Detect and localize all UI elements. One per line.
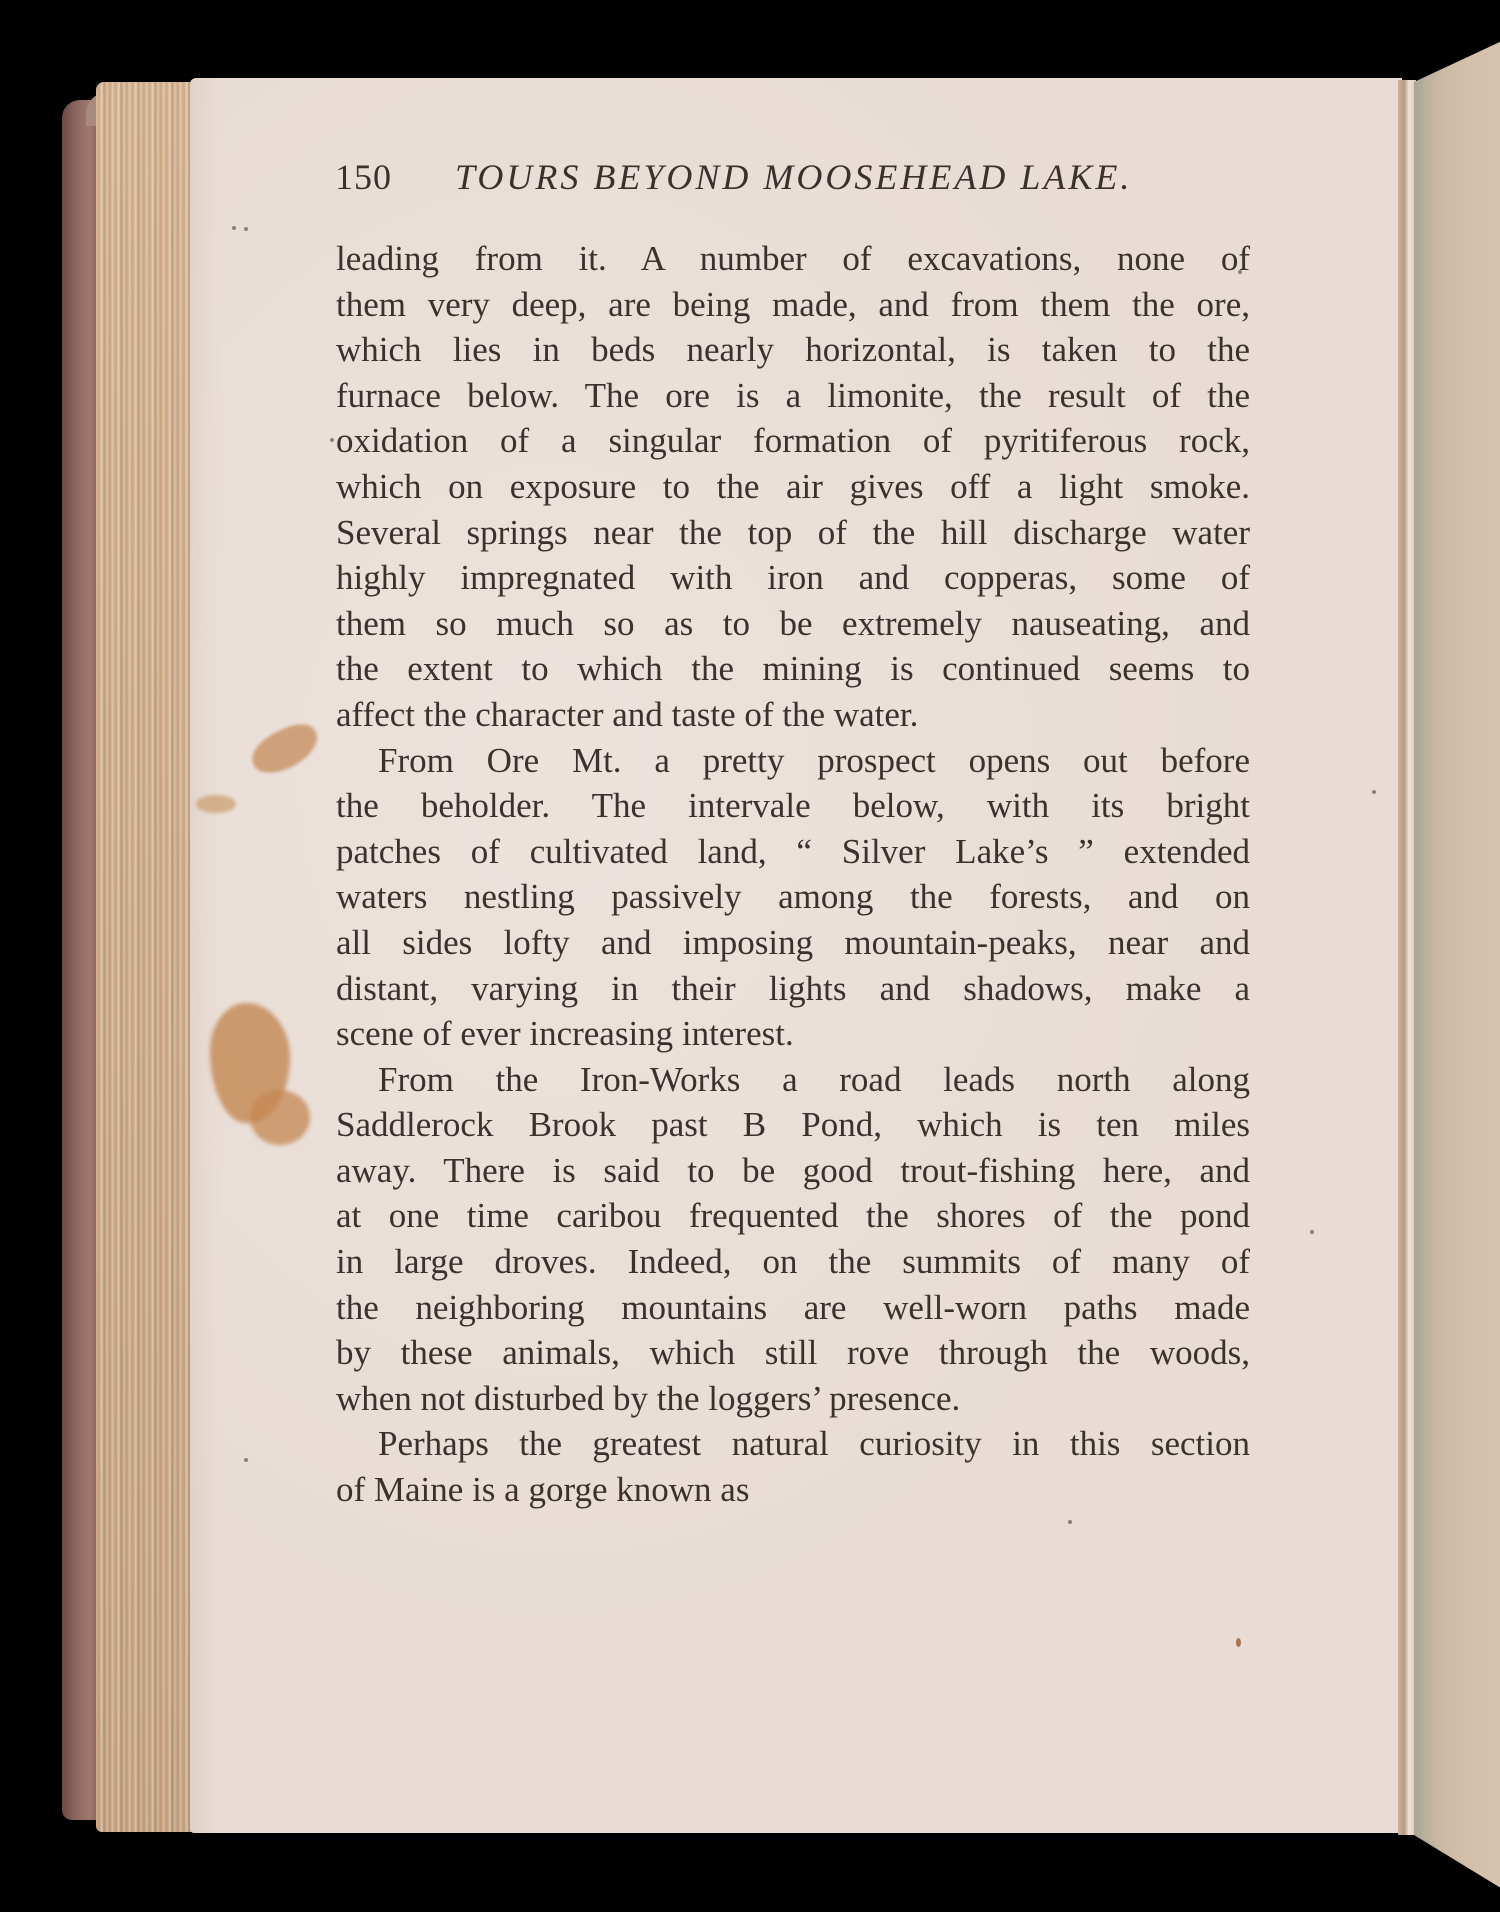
paragraph: From Ore Mt. a pretty prospect opens out… <box>336 738 1250 1057</box>
text-line: From the Iron-Works a road leads north a… <box>336 1057 1250 1103</box>
text-line: Perhaps the greatest natural curiosity i… <box>336 1421 1250 1467</box>
text-line: affect the character and taste of the wa… <box>336 692 1250 738</box>
speck <box>1372 790 1376 794</box>
text-line: away. There is said to be good trout-fis… <box>336 1148 1250 1194</box>
paragraph: leading from it. A number of excavations… <box>336 236 1250 738</box>
text-line: patches of cultivated land, “ Silver Lak… <box>336 829 1250 875</box>
text-line: distant, varying in their lights and sha… <box>336 966 1250 1012</box>
speck <box>244 1458 248 1462</box>
speck <box>244 227 248 231</box>
page-number: 150 <box>335 156 392 198</box>
text-line: all sides lofty and imposing mountain-pe… <box>336 920 1250 966</box>
book-gutter <box>1398 80 1416 1835</box>
text-line: of Maine is a gorge known as <box>336 1467 1250 1513</box>
text-line: Several springs near the top of the hill… <box>336 510 1250 556</box>
text-line: them very deep, are being made, and from… <box>336 282 1250 328</box>
text-line: scene of ever increasing interest. <box>336 1011 1250 1057</box>
text-line: highly impregnated with iron and coppera… <box>336 555 1250 601</box>
page-block-edge <box>96 82 196 1832</box>
speck <box>330 438 334 442</box>
text-line: which lies in beds nearly horizontal, is… <box>336 327 1250 373</box>
foxing-stain <box>196 795 236 813</box>
text-line: leading from it. A number of excavations… <box>336 236 1250 282</box>
text-line: waters nestling passively among the fore… <box>336 874 1250 920</box>
text-line: which on exposure to the air gives off a… <box>336 464 1250 510</box>
speck <box>1310 1230 1314 1234</box>
text-line: at one time caribou frequented the shore… <box>336 1193 1250 1239</box>
paragraph: Perhaps the greatest natural curiosity i… <box>336 1421 1250 1512</box>
facing-page-edge <box>1414 40 1500 1890</box>
speck <box>232 226 236 230</box>
text-line: the beholder. The intervale below, with … <box>336 783 1250 829</box>
text-line: the neighboring mountains are well-worn … <box>336 1285 1250 1331</box>
text-line: Saddlerock Brook past B Pond, which is t… <box>336 1102 1250 1148</box>
speck <box>1236 1638 1241 1647</box>
text-line: them so much so as to be extremely nause… <box>336 601 1250 647</box>
text-line: in large droves. Indeed, on the summits … <box>336 1239 1250 1285</box>
running-head-title: TOURS BEYOND MOOSEHEAD LAKE. <box>455 156 1132 198</box>
text-line: the extent to which the mining is contin… <box>336 646 1250 692</box>
speck <box>1068 1520 1072 1524</box>
text-line: by these animals, which still rove throu… <box>336 1330 1250 1376</box>
text-line: oxidation of a singular formation of pyr… <box>336 418 1250 464</box>
text-line: when not disturbed by the loggers’ prese… <box>336 1376 1250 1422</box>
paragraph: From the Iron-Works a road leads north a… <box>336 1057 1250 1422</box>
text-line: furnace below. The ore is a limonite, th… <box>336 373 1250 419</box>
body-text: leading from it. A number of excavations… <box>336 236 1250 1513</box>
foxing-stain <box>250 1090 310 1145</box>
page-header: 150 TOURS BEYOND MOOSEHEAD LAKE. <box>335 156 1235 202</box>
text-line: From Ore Mt. a pretty prospect opens out… <box>336 738 1250 784</box>
